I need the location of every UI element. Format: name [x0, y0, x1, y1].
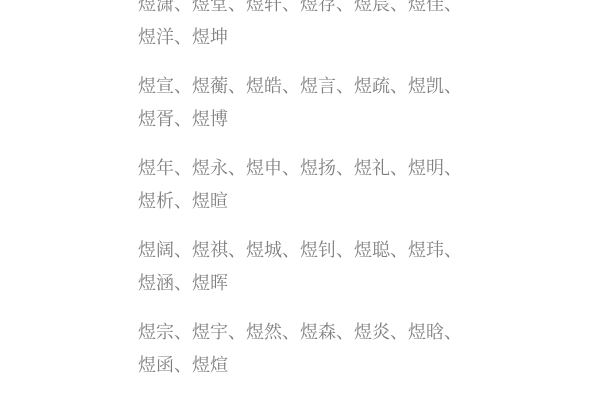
name-list: 煜潇、煜堂、煜轩、煜存、煜宸、煜佳、 煜洋、煜坤 煜宣、煜蘅、煜皓、煜言、煜疏、… [138, 0, 462, 382]
name-line: 煜涵、煜晖 [138, 267, 462, 300]
name-group-4: 煜阔、煜祺、煜城、煜钊、煜聪、煜玮、 煜涵、煜晖 [138, 234, 462, 300]
name-line: 煜宗、煜宇、煜然、煜森、煜炎、煜晗、 [138, 316, 462, 349]
name-line: 煜年、煜永、煜申、煜扬、煜礼、煜明、 [138, 152, 462, 185]
name-group-5: 煜宗、煜宇、煜然、煜森、煜炎、煜晗、 煜函、煜煊 [138, 316, 462, 382]
name-group-1: 煜潇、煜堂、煜轩、煜存、煜宸、煜佳、 煜洋、煜坤 [138, 0, 462, 54]
name-line: 煜潇、煜堂、煜轩、煜存、煜宸、煜佳、 [138, 0, 462, 21]
name-group-2: 煜宣、煜蘅、煜皓、煜言、煜疏、煜凯、 煜胥、煜博 [138, 70, 462, 136]
page: 煜潇、煜堂、煜轩、煜存、煜宸、煜佳、 煜洋、煜坤 煜宣、煜蘅、煜皓、煜言、煜疏、… [0, 0, 600, 400]
name-line: 煜函、煜煊 [138, 349, 462, 382]
name-line: 煜阔、煜祺、煜城、煜钊、煜聪、煜玮、 [138, 234, 462, 267]
name-line: 煜析、煜暄 [138, 185, 462, 218]
name-line: 煜洋、煜坤 [138, 21, 462, 54]
name-line: 煜胥、煜博 [138, 103, 462, 136]
name-line: 煜宣、煜蘅、煜皓、煜言、煜疏、煜凯、 [138, 70, 462, 103]
name-group-3: 煜年、煜永、煜申、煜扬、煜礼、煜明、 煜析、煜暄 [138, 152, 462, 218]
